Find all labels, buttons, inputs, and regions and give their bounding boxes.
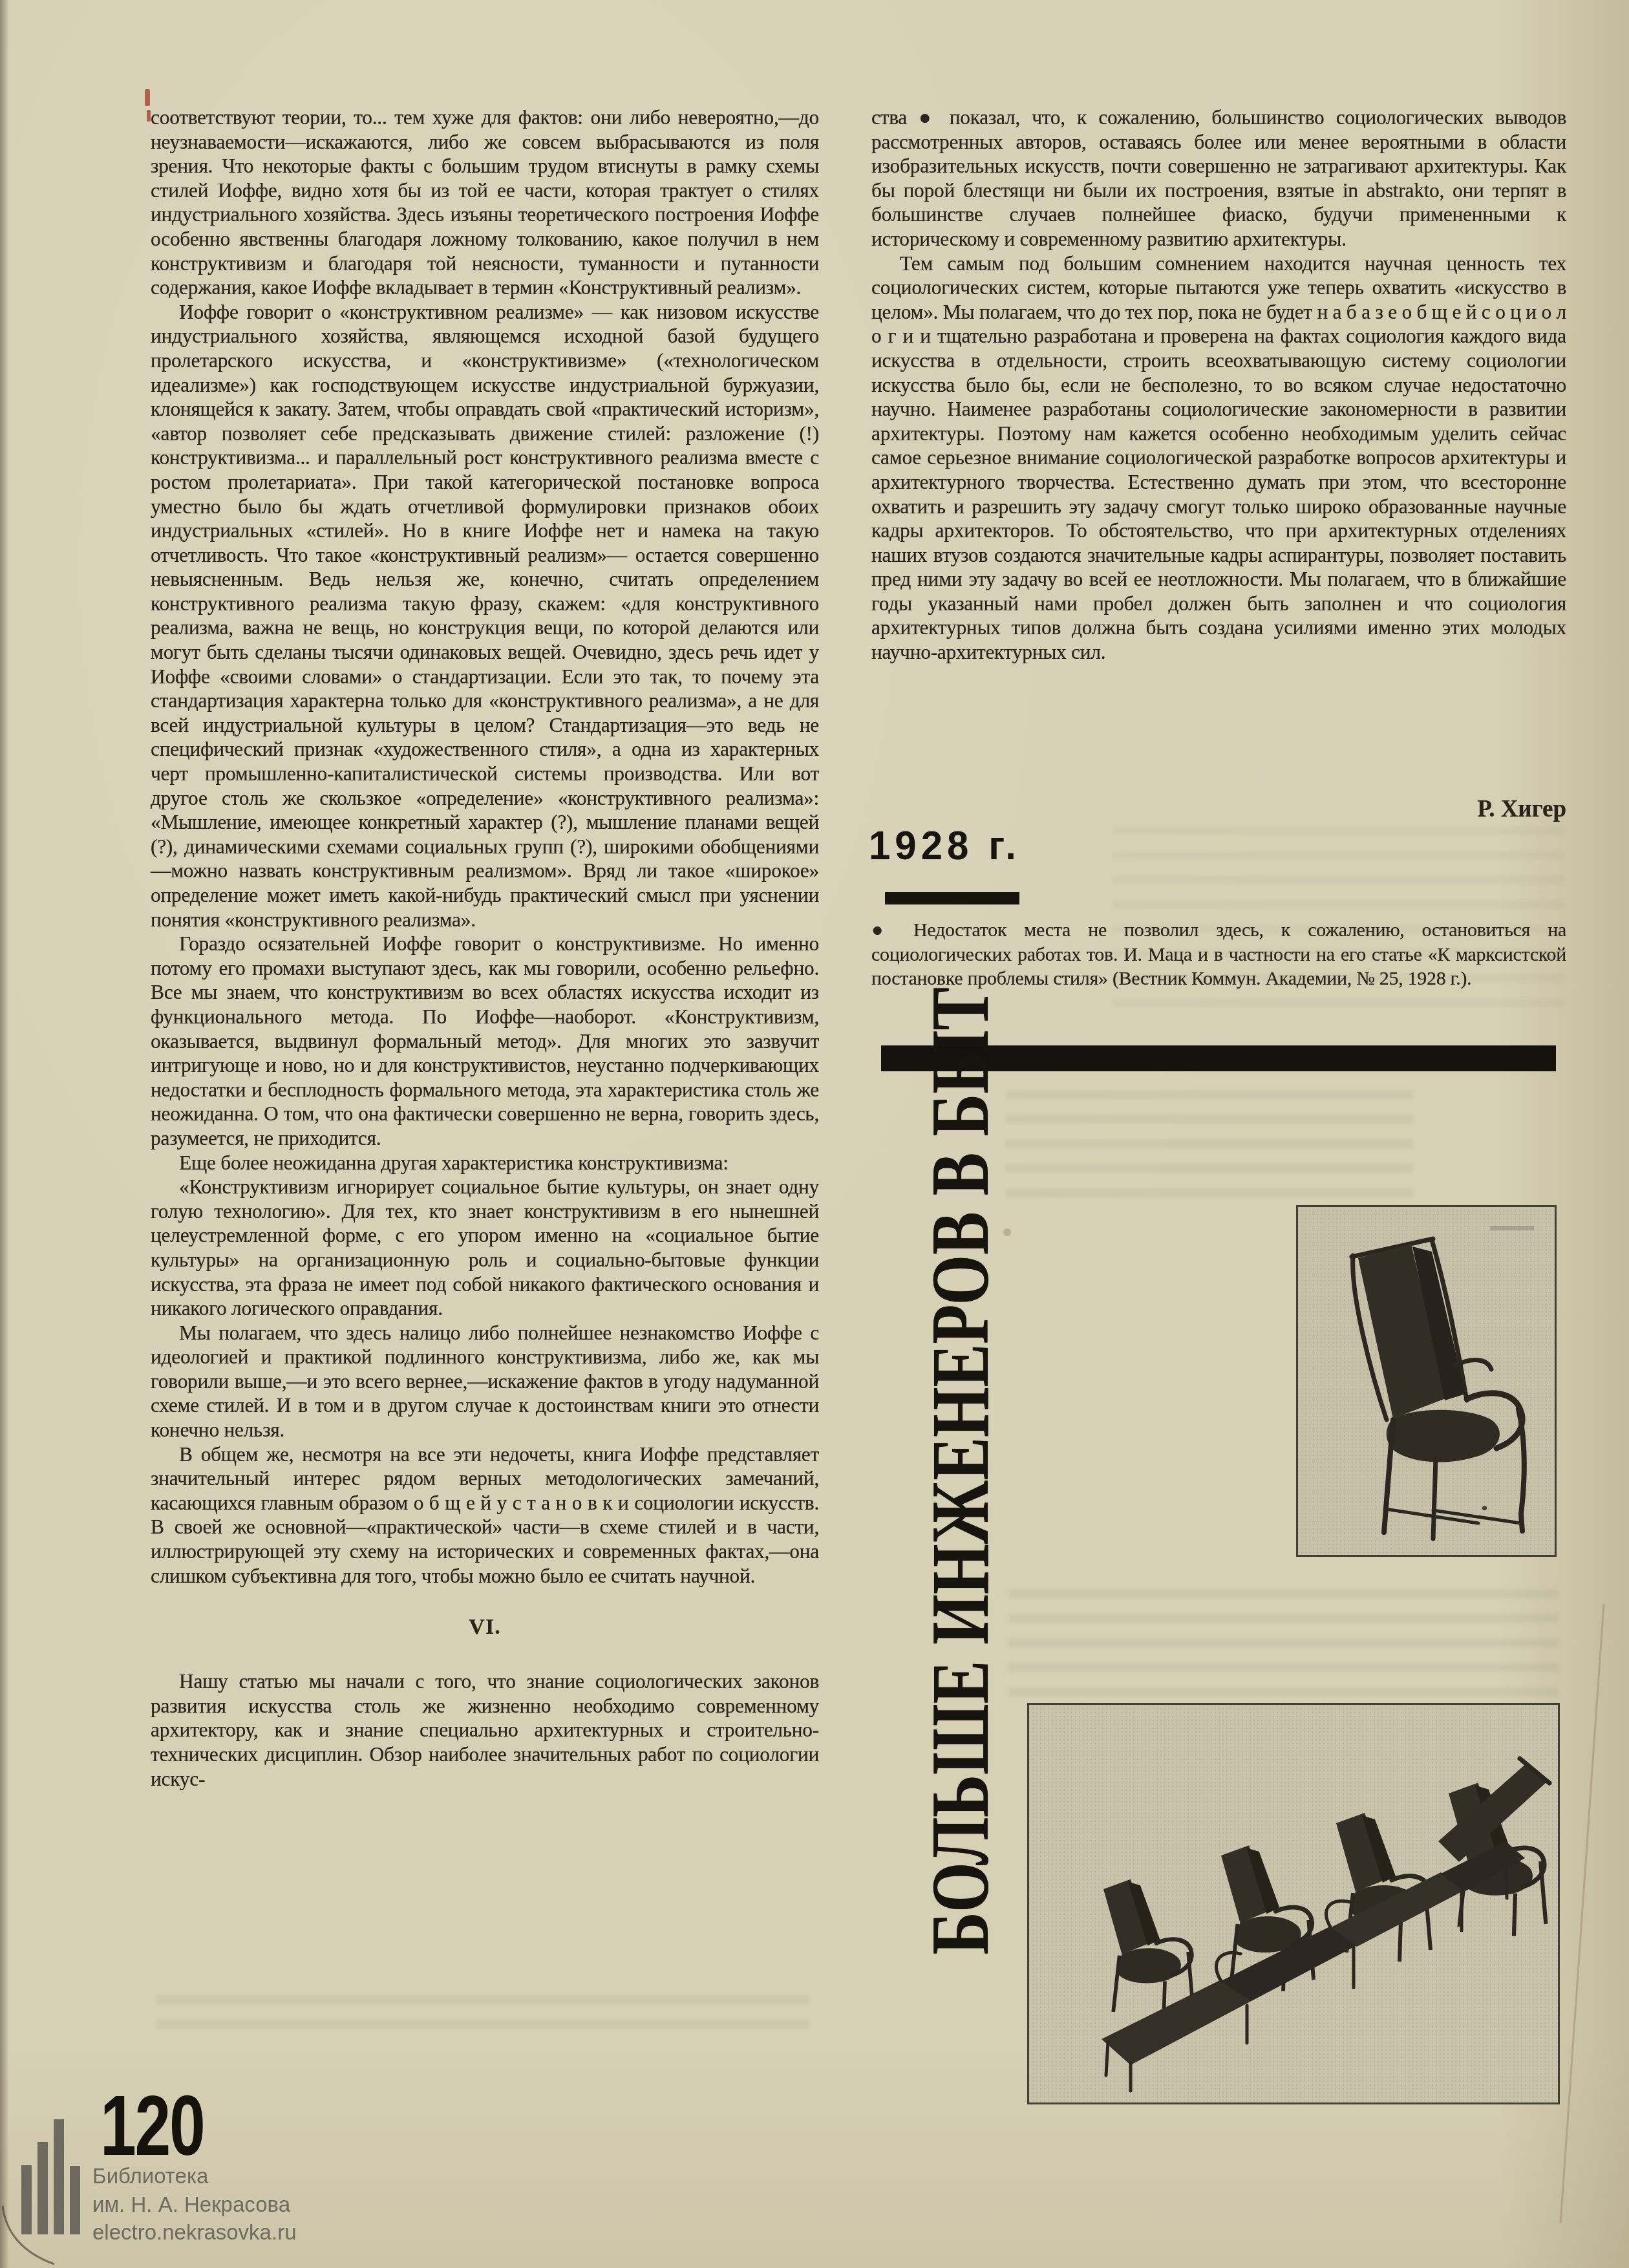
magazine-page: соответствуют теории, то... тем хуже для…	[0, 0, 1629, 2268]
right-column: ства ● показал, что, к сожалению, больши…	[871, 105, 1566, 665]
paper-stain	[1003, 1228, 1011, 1236]
paragraph: «Конструктивизм игнорирует социальное бы…	[151, 1175, 819, 1321]
section-heading: VI.	[151, 1615, 819, 1640]
red-ink-mark	[145, 89, 150, 106]
paragraph: соответствуют теории, то... тем хуже для…	[151, 105, 819, 300]
scan-edge-shadow	[0, 0, 9, 2268]
watermark-line: им. Н. А. Некрасова	[92, 2190, 296, 2219]
red-ink-mark	[147, 110, 151, 122]
library-watermark: Библиотека им. Н. А. Некрасова electro.n…	[92, 2162, 296, 2247]
vertical-headline: БОЛЬШЕ ИНЖЕНЕРОВ В БЫТ	[928, 1214, 992, 1955]
paper-crease	[1560, 1604, 1605, 2223]
showthrough-text	[1112, 826, 1564, 1007]
page-curl-line	[0, 2197, 58, 2268]
logo-bar	[70, 2166, 80, 2234]
paragraph: Мы полагаем, что здесь налицо либо полне…	[151, 1321, 819, 1442]
showthrough-text	[1005, 1077, 1412, 1197]
short-black-rule	[885, 892, 1019, 904]
year-heading: 1928 г.	[869, 822, 1021, 869]
showthrough-text	[156, 1993, 809, 2029]
page-number: 120	[100, 2083, 204, 2168]
armchair-illustration	[1296, 1205, 1557, 1557]
left-column: соответствуют теории, то... тем хуже для…	[151, 105, 819, 1791]
photo-chair-row	[1027, 1703, 1560, 2104]
paragraph: Иоффе говорит о «конструктивном реализме…	[151, 300, 819, 932]
author-signature: Р. Хигер	[871, 795, 1566, 823]
watermark-line: electro.nekrasovka.ru	[92, 2218, 296, 2247]
watermark-line: Библиотека	[92, 2162, 296, 2190]
photo-folding-armchair	[1296, 1205, 1557, 1557]
paragraph: Тем самым под большим сомнением находитс…	[871, 251, 1566, 665]
paragraph: Еще более неожиданна другая характеристи…	[151, 1151, 819, 1175]
paragraph: ства ● показал, что, к сожалению, больши…	[871, 105, 1566, 251]
chair-row-illustration	[1027, 1703, 1560, 2104]
paragraph: Нашу статью мы начали с того, что знание…	[151, 1669, 819, 1791]
paragraph: В общем же, несмотря на все эти недочеты…	[151, 1442, 819, 1589]
ink-dot	[1482, 1506, 1487, 1510]
paragraph: Гораздо осязательней Иоффе говорит о кон…	[151, 932, 819, 1150]
showthrough-text	[1008, 1585, 1558, 1696]
